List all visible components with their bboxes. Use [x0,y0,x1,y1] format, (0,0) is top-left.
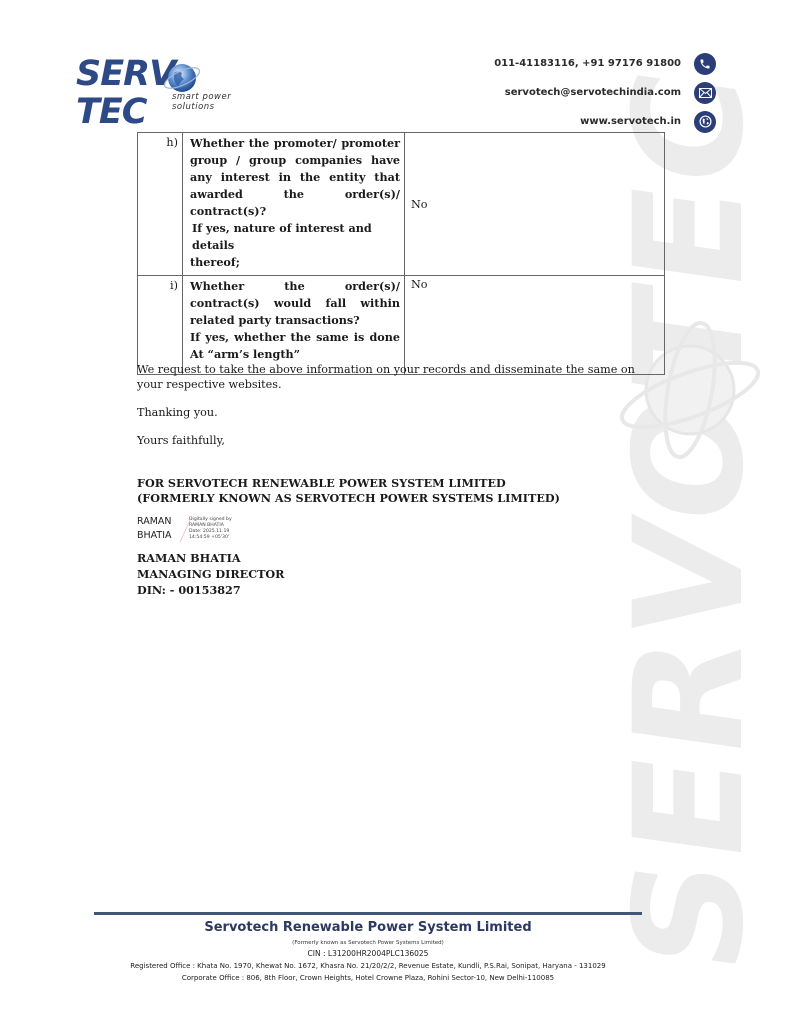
row-index: i) [138,276,183,375]
question-text: Whether the promoter/ promoter group / g… [190,135,400,220]
contact-email: servotech@servotechindia.com [494,78,716,107]
digital-signature-details: Digitally signed by RAMAN BHATIA Date: 2… [187,517,232,541]
table-row: i) Whether the order(s)/ contract(s) wou… [138,276,665,375]
contact-block: 011-41183116, +91 97176 91800 servotech@… [494,49,716,136]
thanks-line: Thanking you. [137,405,218,420]
footer: Servotech Renewable Power System Limited… [70,918,666,984]
globe-logo-icon [162,57,202,97]
logo-text-left: SERV [76,54,175,94]
globe-icon [694,111,716,133]
signatory-title: MANAGING DIRECTOR [137,566,284,582]
website-url[interactable]: www.servotech.in [580,116,681,127]
footer-formerly: (Formerly known as Servotech Power Syste… [70,938,666,948]
digital-signature[interactable]: RAMAN BHATIA Digitally signed by RAMAN B… [137,515,232,543]
footer-cin: CIN : L31200HR2004PLC136025 [70,948,666,960]
company-line: FOR SERVOTECH RENEWABLE POWER SYSTEM LIM… [137,476,560,491]
question-subtext: If yes, nature of interest and [192,220,400,237]
question-tail: At “arm’s length” [190,346,400,363]
question-subtext: details [192,237,400,254]
company-formerly-line: (FORMERLY KNOWN AS SERVOTECH POWER SYSTE… [137,491,560,506]
phone-icon [694,53,716,75]
footer-company-name: Servotech Renewable Power System Limited [70,918,666,938]
closing-line: Yours faithfully, [137,433,225,448]
table-row: h) Whether the promoter/ promoter group … [138,133,665,276]
question-text: Whether the order(s)/ contract(s) would … [190,278,400,329]
signature-check-icon [177,517,193,543]
row-answer: No [405,133,665,276]
disclosure-table: h) Whether the promoter/ promoter group … [137,132,665,375]
signatory-din: DIN: - 00153827 [137,582,284,598]
company-logo: SERVTEC smart power solutions [76,55,276,107]
logo-tagline: smart power solutions [172,92,276,112]
row-question: Whether the promoter/ promoter group / g… [183,133,405,276]
footer-registered-office: Registered Office : Khata No. 1970, Khew… [70,960,666,972]
row-index: h) [138,133,183,276]
request-paragraph: We request to take the above information… [137,362,637,392]
signatory-name: RAMAN BHATIA [137,550,284,566]
mail-icon [694,82,716,104]
row-question: Whether the order(s)/ contract(s) would … [183,276,405,375]
row-answer: No [405,276,665,375]
phone-number: 011-41183116, +91 97176 91800 [494,58,681,69]
question-subtext: If yes, whether the same is done [190,329,400,346]
dsig-detail-line: 14:54:59 +05'30' [189,535,232,541]
signatory-block: RAMAN BHATIA MANAGING DIRECTOR DIN: - 00… [137,550,284,598]
footer-corporate-office: Corporate Office : 806, 8th Floor, Crown… [70,972,666,984]
email-address[interactable]: servotech@servotechindia.com [505,87,681,98]
question-tail: thereof; [190,254,400,271]
logo-text-right: TEC [76,92,146,132]
signatory-company: FOR SERVOTECH RENEWABLE POWER SYSTEM LIM… [137,476,560,506]
contact-phone: 011-41183116, +91 97176 91800 [494,49,716,78]
footer-divider [94,912,642,915]
